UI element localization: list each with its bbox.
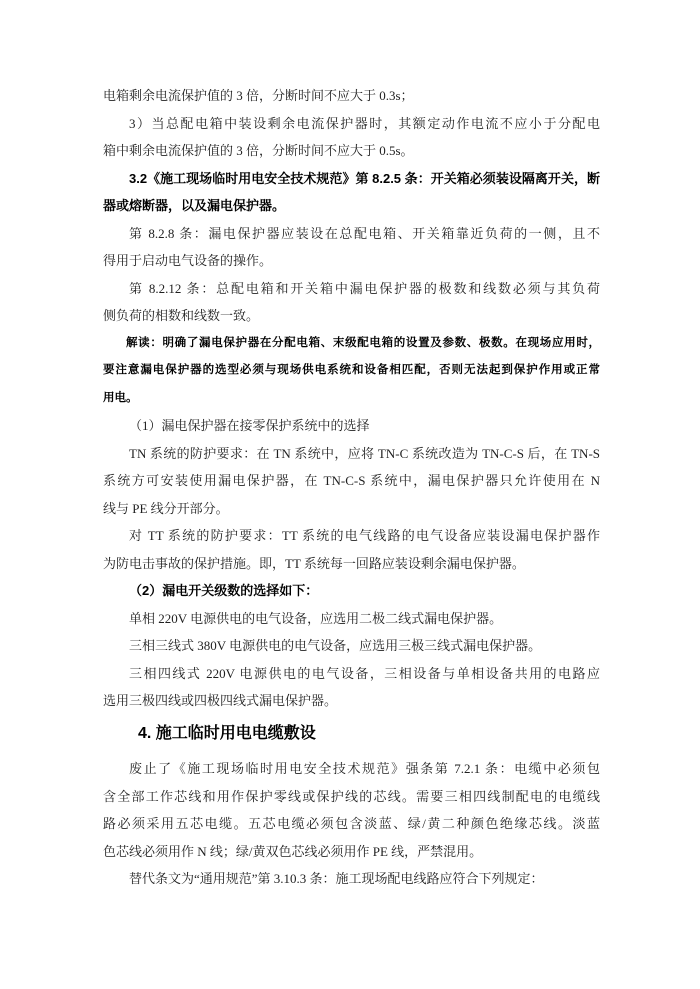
text-line: 线与 PE 线分开部分。 bbox=[103, 495, 600, 523]
text-line: 路必须采用五芯电缆。五芯电缆必须包含淡蓝、绿/黄二种颜色绝缘芯线。淡蓝 bbox=[103, 810, 600, 838]
text-line: 色芯线必须用作 N 线；绿/黄双色芯线必须用作 PE 线，严禁混用。 bbox=[103, 838, 600, 866]
text-line: TN 系统的防护要求：在 TN 系统中，应将 TN-C 系统改造为 TN-C-S… bbox=[103, 440, 600, 468]
text-line: 选用三极四线或四极四线式漏电保护器。 bbox=[103, 687, 600, 715]
text-line: 三相四线式 220V 电源供电的电气设备，三相设备与单相设备共用的电路应 bbox=[103, 660, 600, 688]
text-line: 三相三线式 380V 电源供电的电气设备，应选用三极三线式漏电保护器。 bbox=[103, 632, 600, 660]
text-line: 箱中剩余电流保护值的 3 倍，分断时间不应大于 0.5s。 bbox=[103, 137, 600, 165]
text-line: 废止了《施工现场临时用电安全技术规范》强条第 7.2.1 条：电缆中必须包 bbox=[103, 755, 600, 783]
text-line: 第 8.2.8 条：漏电保护器应装设在总配电箱、开关箱靠近负荷的一侧，且不 bbox=[103, 220, 600, 248]
text-line: 对 TT 系统的防护要求：TT 系统的电气线路的电气设备应装设漏电保护器作 bbox=[103, 522, 600, 550]
text-line: 侧负荷的相数和线数一致。 bbox=[103, 302, 600, 330]
text-line: 电箱剩余电流保护值的 3 倍，分断时间不应大于 0.3s； bbox=[103, 82, 600, 110]
text-line: 替代条文为“通用规范”第 3.10.3 条：施工现场配电线路应符合下列规定： bbox=[103, 865, 600, 893]
text-line: 第 8.2.12 条：总配电箱和开关箱中漏电保护器的极数和线数必须与其负荷 bbox=[103, 275, 600, 303]
document-page: 电箱剩余电流保护值的 3 倍，分断时间不应大于 0.3s； 3）当总配电箱中装设… bbox=[0, 0, 700, 989]
interpretation-line: 解读：明确了漏电保护器在分配电箱、末级配电箱的设置及参数、极数。在现场应用时， bbox=[103, 330, 600, 358]
text-line: 得用于启动电气设备的操作。 bbox=[103, 247, 600, 275]
text-line: 3）当总配电箱中装设剩余电流保护器时，其额定动作电流不应小于分配电 bbox=[103, 110, 600, 138]
text-line: 单相 220V 电源供电的电气设备，应选用二极二线式漏电保护器。 bbox=[103, 605, 600, 633]
interpretation-line: 要注意漏电保护器的选型必须与现场供电系统和设备相匹配，否则无法起到保护作用或正常 bbox=[103, 357, 600, 385]
clause-line: 器或熔断器，以及漏电保护器。 bbox=[103, 192, 600, 220]
document-content: 电箱剩余电流保护值的 3 倍，分断时间不应大于 0.3s； 3）当总配电箱中装设… bbox=[0, 0, 700, 893]
section-heading: 4. 施工临时用电电缆敷设 bbox=[138, 720, 600, 748]
text-line: 系统方可安装使用漏电保护器，在 TN-C-S 系统中，漏电保护器只允许使用在 N bbox=[103, 467, 600, 495]
clause-line: 3.2《施工现场临时用电安全技术规范》第 8.2.5 条：开关箱必须装设隔离开关… bbox=[103, 165, 600, 193]
text-line: 为防电击事故的保护措施。即，TT 系统每一回路应装设剩余漏电保护器。 bbox=[103, 550, 600, 578]
list-item-line: （1）漏电保护器在接零保护系统中的选择 bbox=[103, 412, 600, 440]
list-item-line: （2）漏电开关级数的选择如下： bbox=[103, 577, 600, 605]
text-line: 含全部工作芯线和用作保护零线或保护线的芯线。需要三相四线制配电的电缆线 bbox=[103, 783, 600, 811]
interpretation-line: 用电。 bbox=[103, 385, 600, 413]
